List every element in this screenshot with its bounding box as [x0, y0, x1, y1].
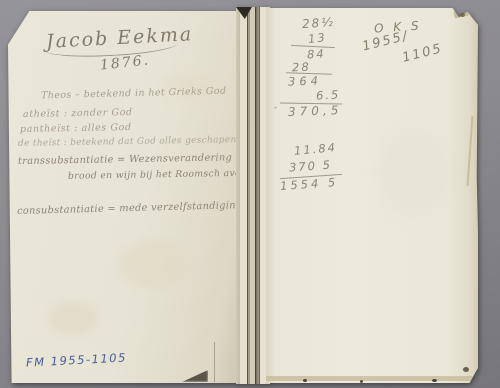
torn-page-stub: [250, 7, 255, 384]
note-line: atheïst : zonder God: [23, 107, 133, 120]
archival-scan: Jacob Eekma 1876. Theos – betekend in he…: [0, 0, 500, 388]
stain: [118, 241, 188, 289]
multiplicand: 28½: [302, 15, 336, 31]
stain: [48, 301, 98, 335]
open-notebook: Jacob Eekma 1876. Theos – betekend in he…: [8, 7, 478, 384]
torn-page-stub: [240, 7, 247, 384]
page-edge-speck: [303, 379, 307, 382]
deckle-notch: [467, 116, 474, 186]
half-term: 6.5: [316, 87, 341, 102]
multiplier: 13: [307, 30, 327, 46]
page-edge-speck: [360, 380, 363, 383]
stain: [376, 128, 446, 218]
product-result: 370,5: [288, 103, 343, 119]
binding-gutter: [236, 7, 270, 384]
fold-line: [214, 342, 215, 382]
product-tick: ″: [274, 106, 279, 115]
page-edge-speck: [460, 13, 465, 17]
note-line: pantheïst : alles God: [20, 122, 132, 135]
page-edge-speck: [432, 379, 437, 382]
torn-page-stub: [260, 7, 266, 384]
page-edge-speck: [463, 367, 469, 372]
partial-sum: 364: [288, 73, 322, 88]
bottom-edge-band: [266, 376, 478, 381]
addend-2: 370 5: [289, 158, 333, 175]
